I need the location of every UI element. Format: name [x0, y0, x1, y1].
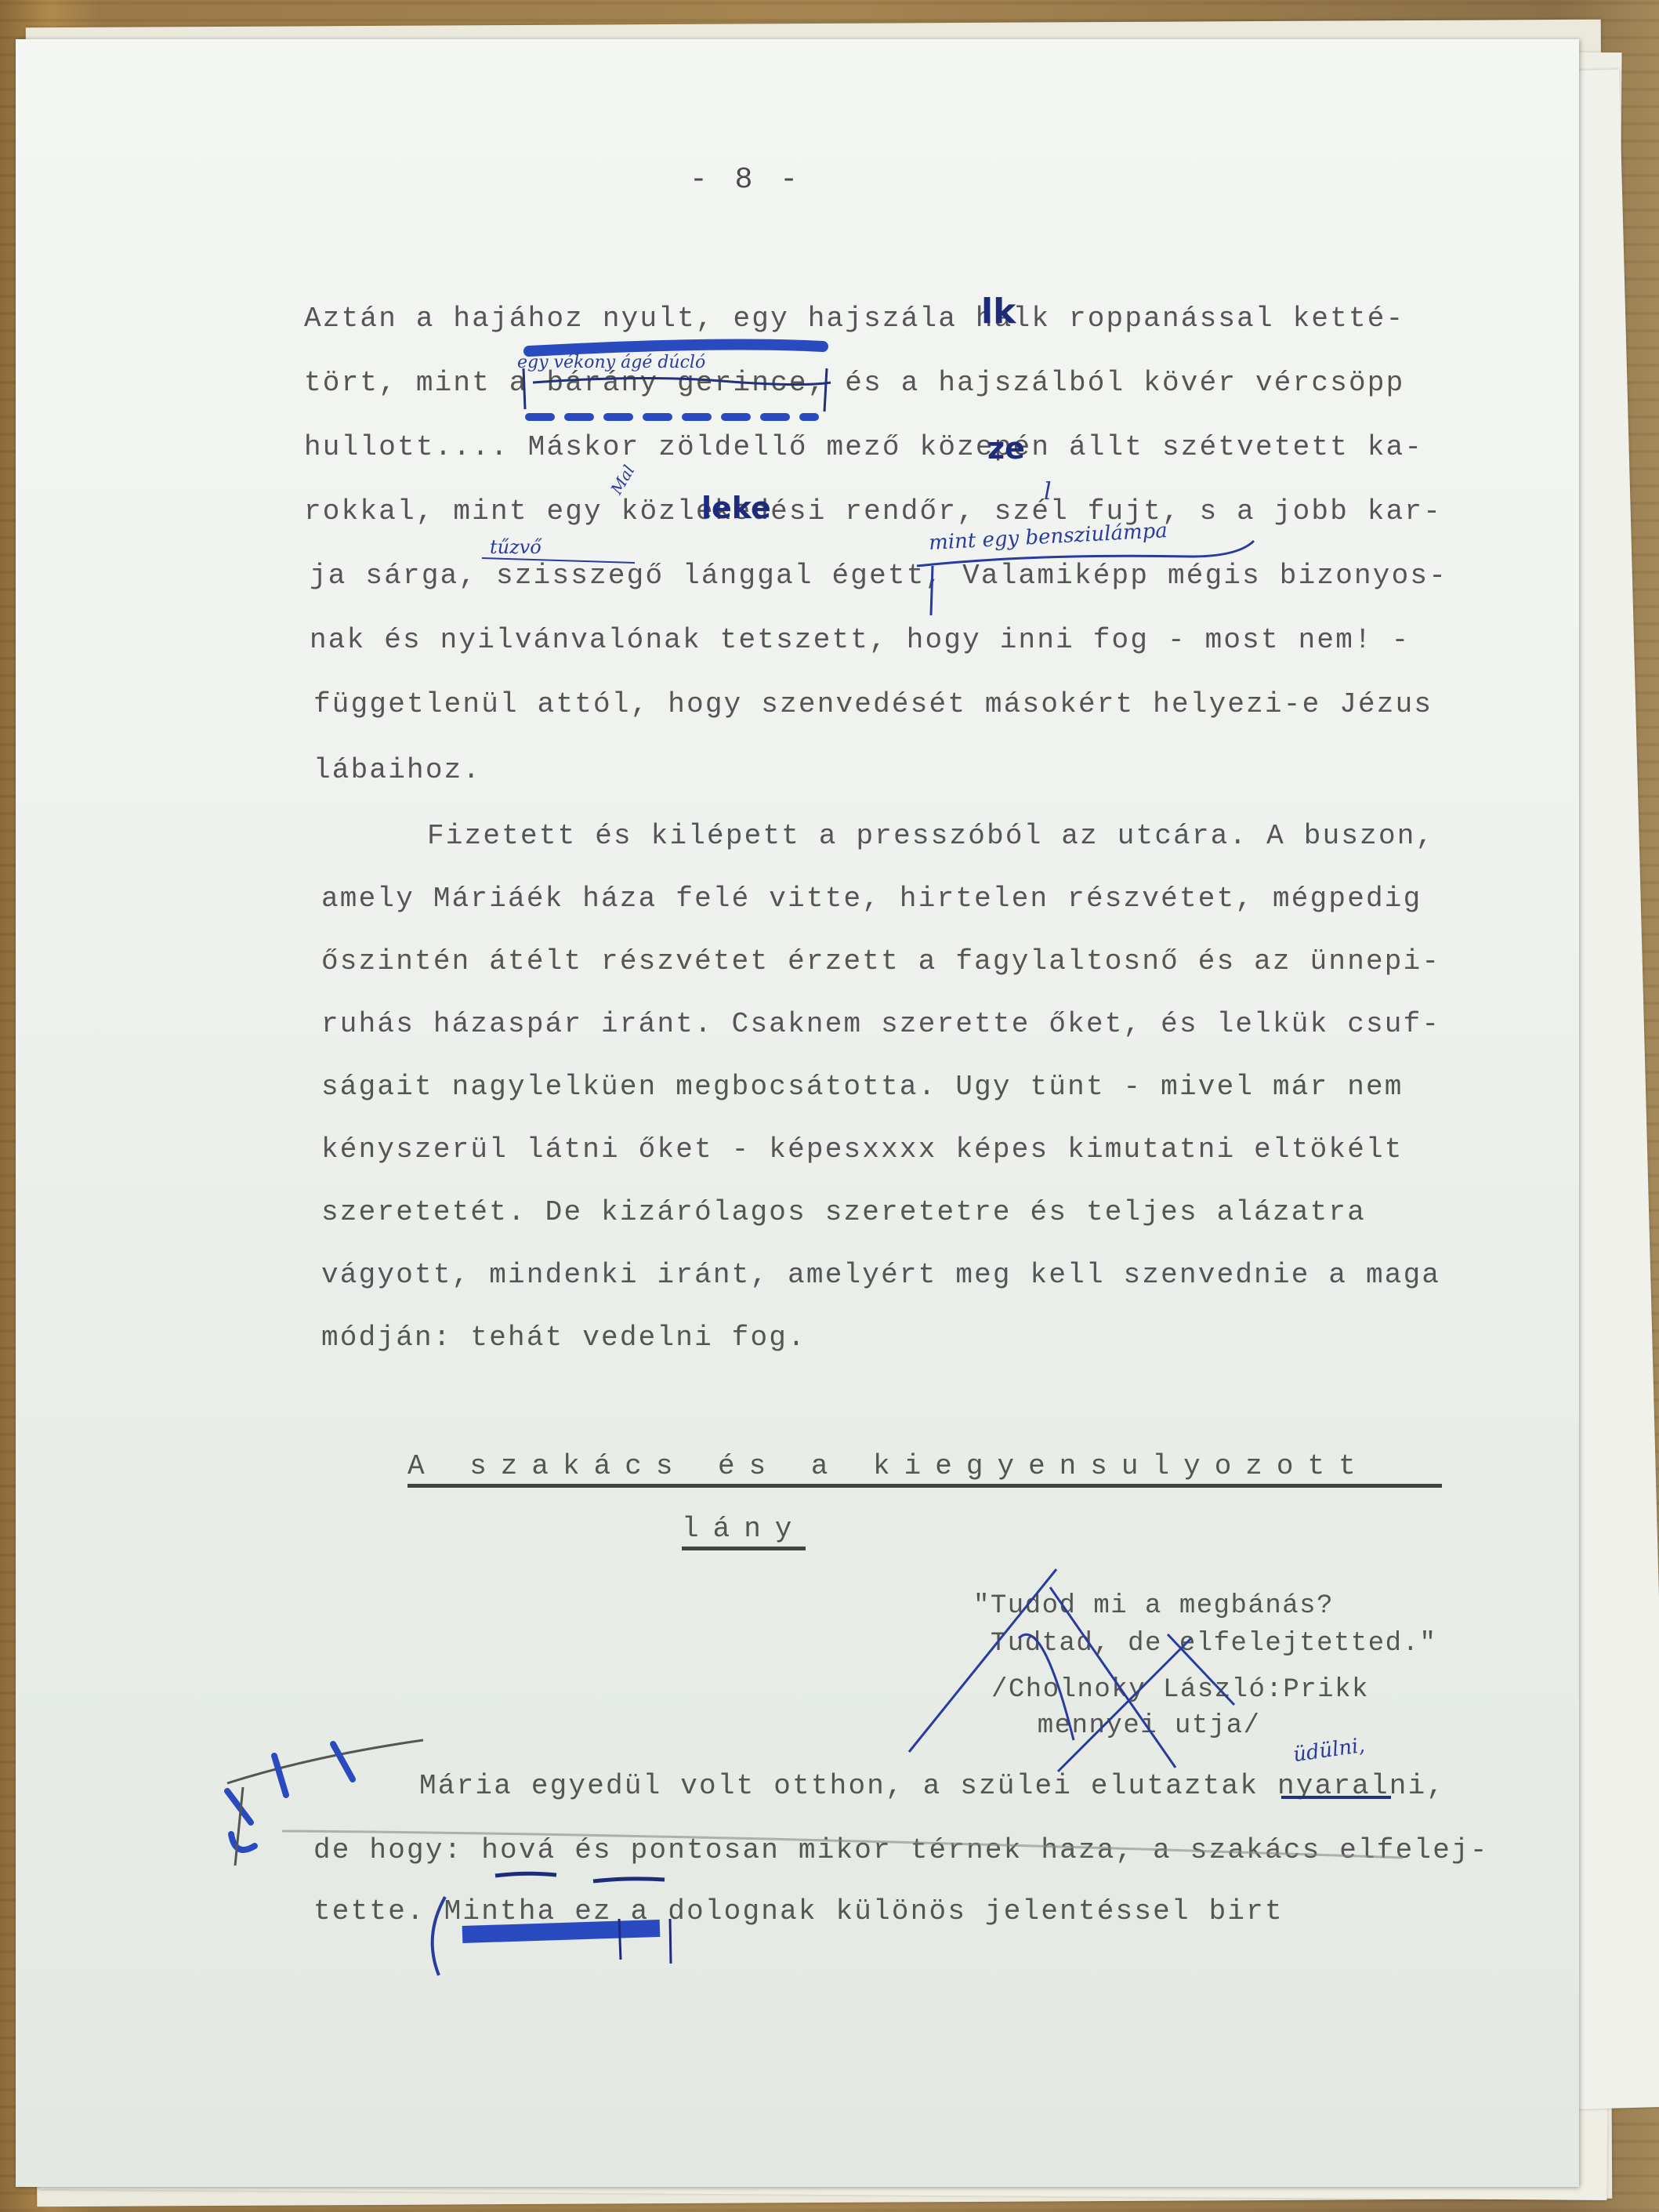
- epigraph-attribution: mennyei utja/: [1003, 1707, 1261, 1745]
- text-line: rokkal, mint egy közlekedési rendőr, szé…: [304, 495, 1442, 528]
- epigraph-quote: Tudtad, de elfelejtetted.": [973, 1625, 1436, 1663]
- handwritten-strike-note: tűzvő: [490, 536, 542, 558]
- text-line: őszintén átélt részvétet érzett a fagyla…: [321, 945, 1440, 977]
- text-line: Fizetett és kilépett a presszóból az utc…: [427, 820, 1434, 852]
- epigraph-attribution: /Cholnoky László:Prikk: [991, 1671, 1369, 1709]
- handwritten-correction: l: [1044, 478, 1052, 506]
- text-line: módján: tehát vedelni fog.: [321, 1322, 806, 1354]
- text-line: ja sárga, szisszegő lánggal égett, Valam…: [310, 560, 1447, 592]
- text-line: ságait nagylelküen megbocsátotta. Ugy tü…: [321, 1071, 1404, 1103]
- text-line: tette. Mintha ez a dolognak különös jele…: [313, 1895, 1284, 1927]
- text-line: amely Máriáék háza felé vitte, hirtelen …: [321, 883, 1422, 915]
- typewritten-page: - 8 - Aztán a hajához nyult, egy hajszál…: [16, 39, 1579, 2187]
- section-title: A szakács és a kiegyensulyozott: [408, 1450, 1442, 1488]
- text-line: lábaihoz.: [313, 754, 481, 786]
- handwritten-replacement: egy vékony ágé dúcló: [517, 353, 705, 372]
- text-line: nak és nyilvánvalónak tetszett, hogy inn…: [310, 624, 1410, 656]
- epigraph-quote: "Tudod mi a megbánás?: [973, 1587, 1334, 1625]
- handwritten-correction: leke: [701, 491, 771, 525]
- handwritten-correction: ze: [987, 431, 1025, 466]
- text-line: hullott.... Máskor zöldellő mező közepén…: [304, 431, 1423, 463]
- section-title-continued: lány: [682, 1513, 806, 1550]
- handwritten-replacement: üdülni,: [1291, 1734, 1366, 1767]
- text-line: tört, mint a bárány gerince, és a hajszá…: [304, 367, 1404, 399]
- text-line: ruhás házaspár iránt. Csaknem szerette ő…: [321, 1008, 1440, 1040]
- handwritten-correction: lk: [981, 292, 1016, 332]
- text-line: kényszerül látni őket - képesxxxx képes …: [321, 1133, 1404, 1166]
- page-number: - 8 -: [690, 163, 802, 197]
- text-line: vágyott, mindenki iránt, amelyért meg ke…: [321, 1259, 1440, 1291]
- text-line: Mária egyedül volt otthon, a szülei elut…: [419, 1770, 1445, 1802]
- text-line: szeretetét. De kizárólagos szeretetre és…: [321, 1196, 1366, 1228]
- text-line: függetlenül attól, hogy szenvedését máso…: [313, 688, 1433, 720]
- handwritten-margin-note: Mal: [607, 462, 638, 498]
- text-line: Aztán a hajához nyult, egy hajszála halk…: [304, 303, 1404, 335]
- text-line: de hogy: hová és pontosan mikor térnek h…: [313, 1834, 1489, 1866]
